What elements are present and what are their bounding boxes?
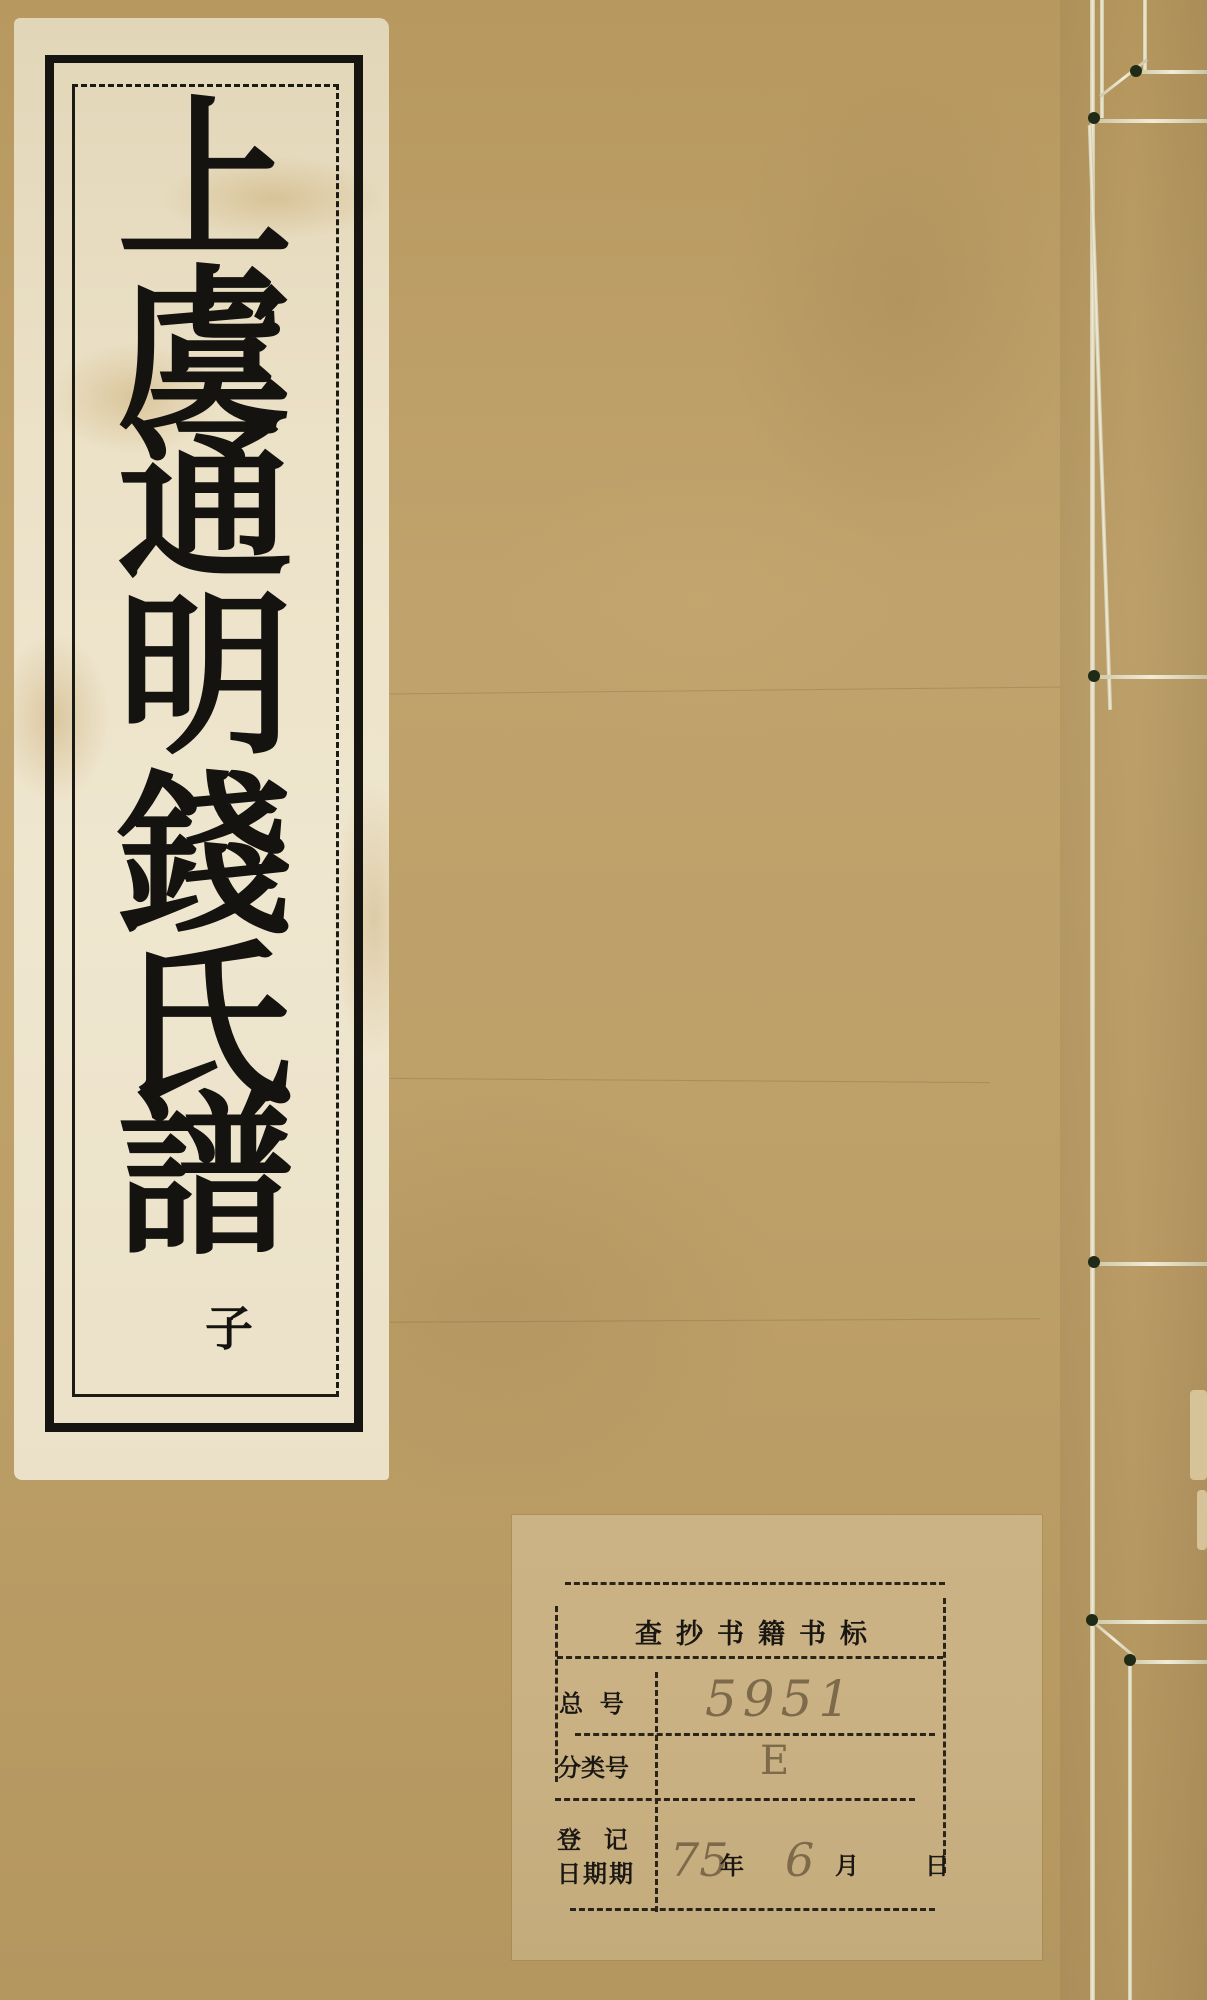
binding-hole	[1088, 670, 1100, 682]
label-classification-number: 分类号	[557, 1748, 629, 1783]
label-line	[655, 1672, 658, 1912]
label-line	[570, 1908, 935, 1911]
binding-thread	[1098, 119, 1207, 123]
label-registration-date: 登 记 日期期	[557, 1823, 635, 1891]
library-label-table: 查抄书籍书标 总 号 5951 分类号 E 登 记 日期期 75 年 6 月 日	[555, 1578, 945, 1908]
binding-hole	[1124, 1654, 1136, 1666]
binding-hole	[1130, 65, 1142, 77]
label-heading: 查抄书籍书标	[635, 1612, 881, 1651]
label-line	[565, 1582, 945, 1585]
reg-month-value: 6	[785, 1833, 814, 1887]
day-unit: 日	[925, 1846, 949, 1881]
binding-hole	[1088, 1256, 1100, 1268]
binding-thread	[1093, 1620, 1207, 1624]
binding-thread	[1095, 1262, 1207, 1266]
month-unit: 月	[835, 1846, 859, 1881]
title-char-4: 明	[80, 590, 330, 765]
label-total-number: 总 号	[559, 1684, 624, 1719]
binding-thread	[1095, 675, 1207, 679]
torn-edge	[1197, 1490, 1207, 1550]
classification-value: E	[760, 1738, 789, 1784]
title-char-1: 上	[80, 95, 330, 270]
volume-mark: 子	[205, 1290, 253, 1359]
label-line	[575, 1733, 935, 1736]
torn-edge	[1190, 1390, 1207, 1480]
binding-thread	[1128, 1662, 1132, 2000]
binding-hole	[1088, 112, 1100, 124]
total-number-value: 5951	[705, 1670, 856, 1728]
binding-hole	[1086, 1614, 1098, 1626]
label-line	[943, 1598, 946, 1873]
paper-crease	[390, 686, 1060, 694]
binding-thread	[1138, 70, 1207, 74]
label-line	[557, 1656, 943, 1659]
paper-crease	[390, 1078, 990, 1083]
title-char-3: 通	[80, 415, 330, 590]
binding-thread	[1100, 0, 1104, 118]
label-line	[555, 1798, 915, 1801]
year-unit: 年	[720, 1846, 744, 1881]
title-char-7: 譜	[80, 1090, 330, 1265]
title-char-5: 錢	[80, 770, 330, 945]
binding-thread	[1128, 1660, 1207, 1664]
paper-crease	[390, 1318, 1040, 1322]
spine-shade	[1060, 0, 1207, 2000]
